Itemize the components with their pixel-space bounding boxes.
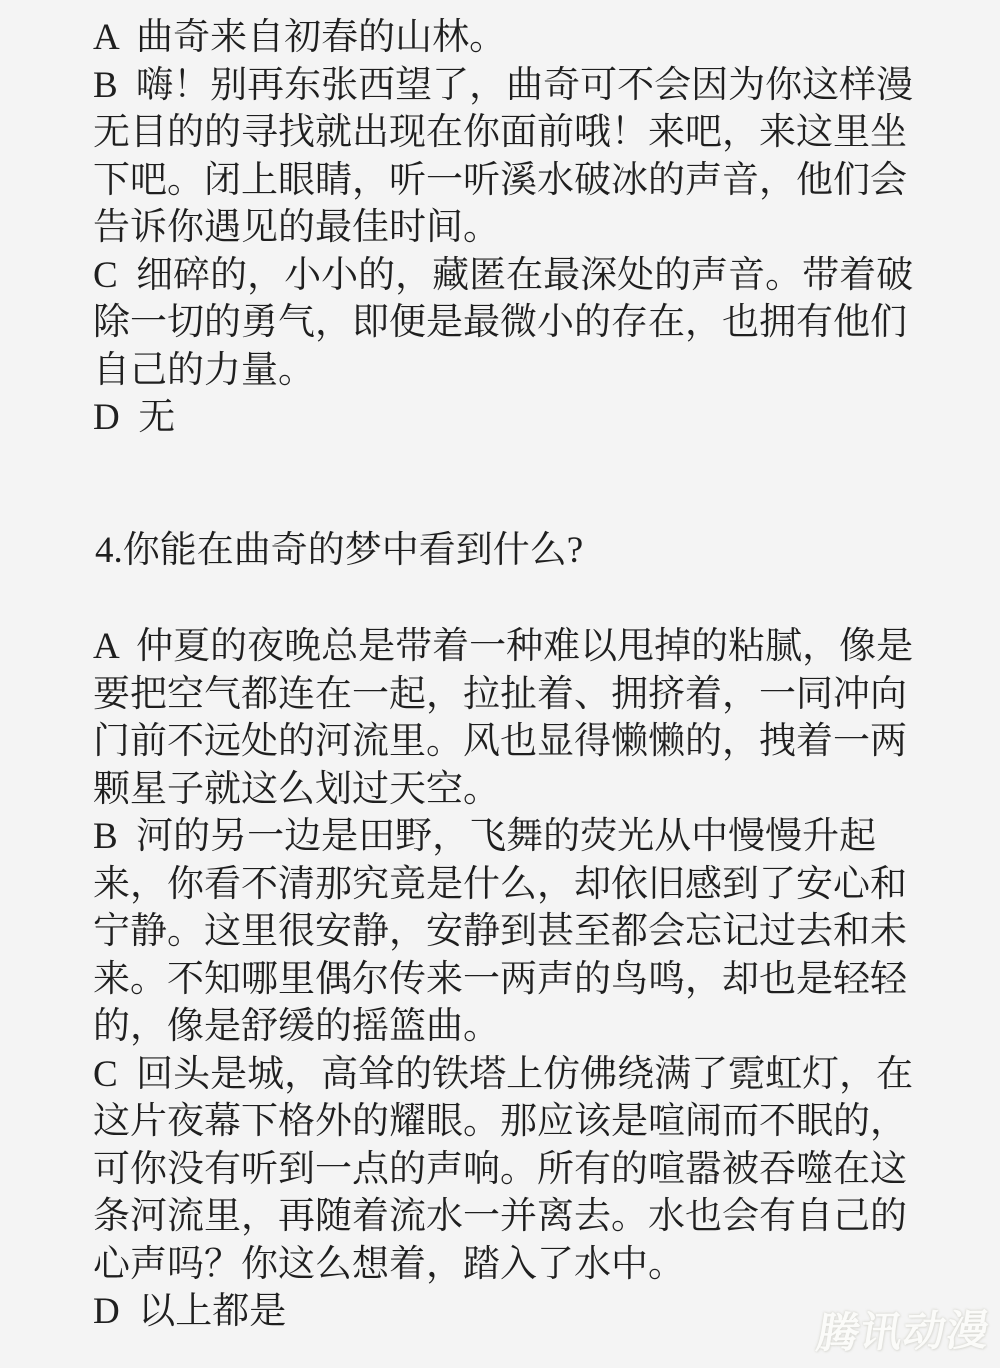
text-line: 门前不远处的河流里。风也显得懒懒的，拽着一两 [93, 718, 923, 766]
text-line: 自己的力量。 [93, 347, 923, 395]
text-line: 告诉你遇见的最佳时间。 [93, 204, 923, 252]
text-line: B 河的另一边是田野，飞舞的荧光从中慢慢升起 [93, 813, 923, 861]
text-line: C 细碎的，小小的，藏匿在最深处的声音。带着破 [93, 252, 923, 300]
text-line: 可你没有听到一点的声响。所有的喧嚣被吞噬在这 [93, 1146, 923, 1194]
text-line: 要把空气都连在一起，拉扯着、拥挤着，一同冲向 [93, 671, 923, 719]
text-line: 心声吗？你这么想着，踏入了水中。 [93, 1241, 923, 1289]
question4-heading: 4.你能在曲奇的梦中看到什么? [95, 527, 925, 575]
question4-options-block: A 仲夏的夜晚总是带着一种难以甩掉的粘腻，像是要把空气都连在一起，拉扯着、拥挤着… [93, 623, 923, 1336]
text-line: 宁静。这里很安静，安静到甚至都会忘记过去和未 [93, 908, 923, 956]
question3-options-block: A 曲奇来自初春的山林。B 嗨！别再东张西望了，曲奇可不会因为你这样漫无目的的寻… [93, 14, 923, 442]
text-line: C 回头是城，高耸的铁塔上仿佛绕满了霓虹灯，在 [93, 1051, 923, 1099]
text-line: 这片夜幕下格外的耀眼。那应该是喧闹而不眠的， [93, 1098, 923, 1146]
text-line: 的，像是舒缓的摇篮曲。 [93, 1003, 923, 1051]
text-line: 来，你看不清那究竟是什么，却依旧感到了安心和 [93, 861, 923, 909]
text-line: D 无 [93, 394, 923, 442]
text-line: 条河流里，再随着流水一并离去。水也会有自己的 [93, 1193, 923, 1241]
text-line: A 曲奇来自初春的山林。 [93, 14, 923, 62]
text-line: 除一切的勇气，即便是最微小的存在，也拥有他们 [93, 299, 923, 347]
text-line: 下吧。闭上眼睛，听一听溪水破冰的声音，他们会 [93, 157, 923, 205]
text-line: 颗星子就这么划过天空。 [93, 766, 923, 814]
text-line: D 以上都是 [93, 1288, 923, 1336]
text-line: A 仲夏的夜晚总是带着一种难以甩掉的粘腻，像是 [93, 623, 923, 671]
text-line: 来。不知哪里偶尔传来一两声的鸟鸣，却也是轻轻 [93, 956, 923, 1004]
tencent-comics-watermark: 腾讯动漫 [813, 1298, 995, 1361]
text-line: 无目的的寻找就出现在你面前哦！来吧，来这里坐 [93, 109, 923, 157]
text-line: B 嗨！别再东张西望了，曲奇可不会因为你这样漫 [93, 62, 923, 110]
quiz-document-page: A 曲奇来自初春的山林。B 嗨！别再东张西望了，曲奇可不会因为你这样漫无目的的寻… [0, 0, 1000, 1368]
